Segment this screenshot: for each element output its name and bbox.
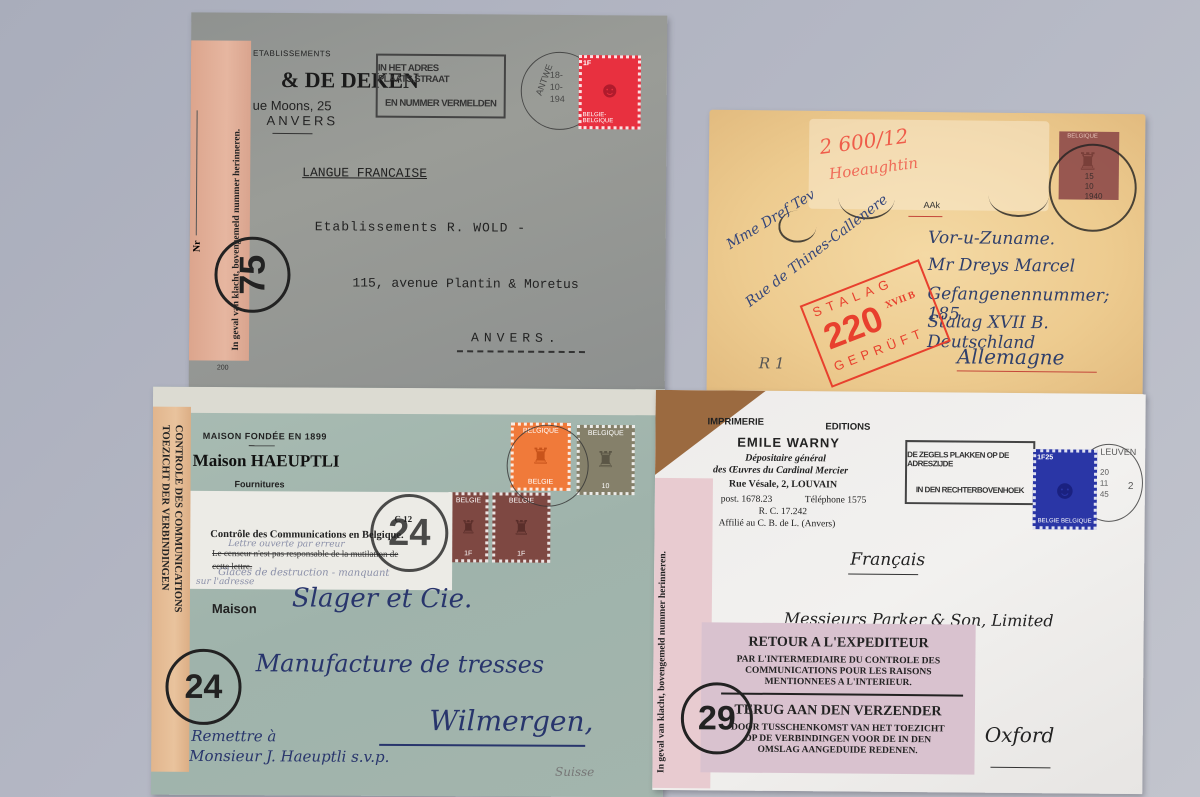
envelope-haeuptli: MAISON FONDÉE EN 1899 Maison HAEUPTLI Fo… (151, 387, 665, 797)
slogan-line-2: EN NUMMER VERMELDEN (385, 98, 496, 110)
censor-number-stamp: 29 (681, 682, 754, 755)
recipient-name: Etablissements R. WOLD - (315, 219, 526, 235)
recipient-city: Wilmergen, (429, 704, 593, 738)
return-note-2: Monsieur J. Haeuptli s.v.p. (189, 747, 389, 766)
lion-icon: ♜ (596, 447, 616, 473)
recipient-line-2: Mr Dreys Marcel (928, 255, 1075, 277)
tape-line-2: TOEZICHT DER VERBINDINGEN (159, 425, 171, 635)
recipient-street: 115, avenue Plantin & Moretus (352, 275, 578, 292)
stamp-lion-brown-1: BELGIE ♜ 1F (448, 492, 488, 562)
recipient-country: Allemagne (957, 344, 1065, 369)
censor-number-stamp: 24 (370, 494, 448, 572)
founded-line: MAISON FONDÉE EN 1899 (203, 431, 327, 442)
portrait-icon: ☻ (1051, 474, 1079, 505)
recipient-city: Oxford (985, 723, 1055, 748)
stalag-censor-box: STALAG 220 XVII B GEPRÜFT (800, 259, 951, 388)
portrait-icon: ☻ (598, 77, 621, 103)
recipient-company: Manufacture de tresses (256, 649, 545, 679)
sender-name: EMILE WARNY (737, 435, 840, 451)
slogan-cancel: DE ZEGELS PLAKKEN OP DE ADRESZIJDE IN DE… (905, 440, 1036, 505)
pencil-note: R 1 (759, 354, 785, 372)
stamp-king-leopold-red: 1F ☻ BELGIE-BELGIQUE (579, 55, 642, 129)
censor-nr: Nr (192, 240, 203, 252)
postcard-stalag: 2 600/12 Hoeaughtin AAk BELGIQUE ♜ 15 10… (707, 110, 1146, 400)
slogan-cancel: IN HET ADRES PLAATS,STRAAT EN NUMMER VER… (376, 54, 506, 119)
sender-label: ETABLISSEMENTS (253, 49, 331, 59)
language-note: Français (850, 550, 925, 571)
tape-line-1: CONTROLE DES COMMUNICATIONS (172, 425, 184, 635)
recipient-city: ANVERS. (471, 330, 561, 346)
label-fr-title: RETOUR A L'EXPEDITEUR (701, 634, 975, 652)
divider (272, 133, 312, 134)
recipient-name: Slager et Cie. (292, 583, 472, 614)
lion-icon: ♜ (460, 517, 476, 538)
recipient-language: LANGUE FRANCAISE (302, 165, 427, 181)
censor-tape: In geval van klacht, bovengemeld nummer … (189, 40, 251, 360)
recipient-line-1: Vor-u-Zuname. (928, 228, 1055, 249)
postmark (506, 425, 588, 507)
slogan-line-1: IN HET ADRES PLAATS,STRAAT (378, 62, 504, 85)
sender-street: ue Moons, 25 (253, 98, 332, 114)
envelope-antwerp: ETABLISSEMENTS & DE DEKEN ue Moons, 25 A… (189, 12, 668, 393)
censor-tape-text: In geval van klacht, bovengemeld nummer … (656, 508, 668, 773)
sender-city: ANVERS (267, 113, 339, 128)
censor-number-stamp: 75 (214, 237, 291, 314)
stamp-king-leopold-blue: 1F25 ☻ BELGIE BELGIQUE (1033, 449, 1098, 530)
lion-icon: ♜ (512, 515, 530, 540)
sender-name: Maison HAEUPTLI (193, 451, 340, 472)
censor-number-stamp-large: 24 (165, 649, 241, 725)
postmark: 15 10 1940 (1048, 143, 1137, 232)
return-note-1: Remettre à (191, 727, 276, 745)
envelope-warny: IMPRIMERIE EDITIONS EMILE WARNY Déposita… (652, 390, 1145, 794)
